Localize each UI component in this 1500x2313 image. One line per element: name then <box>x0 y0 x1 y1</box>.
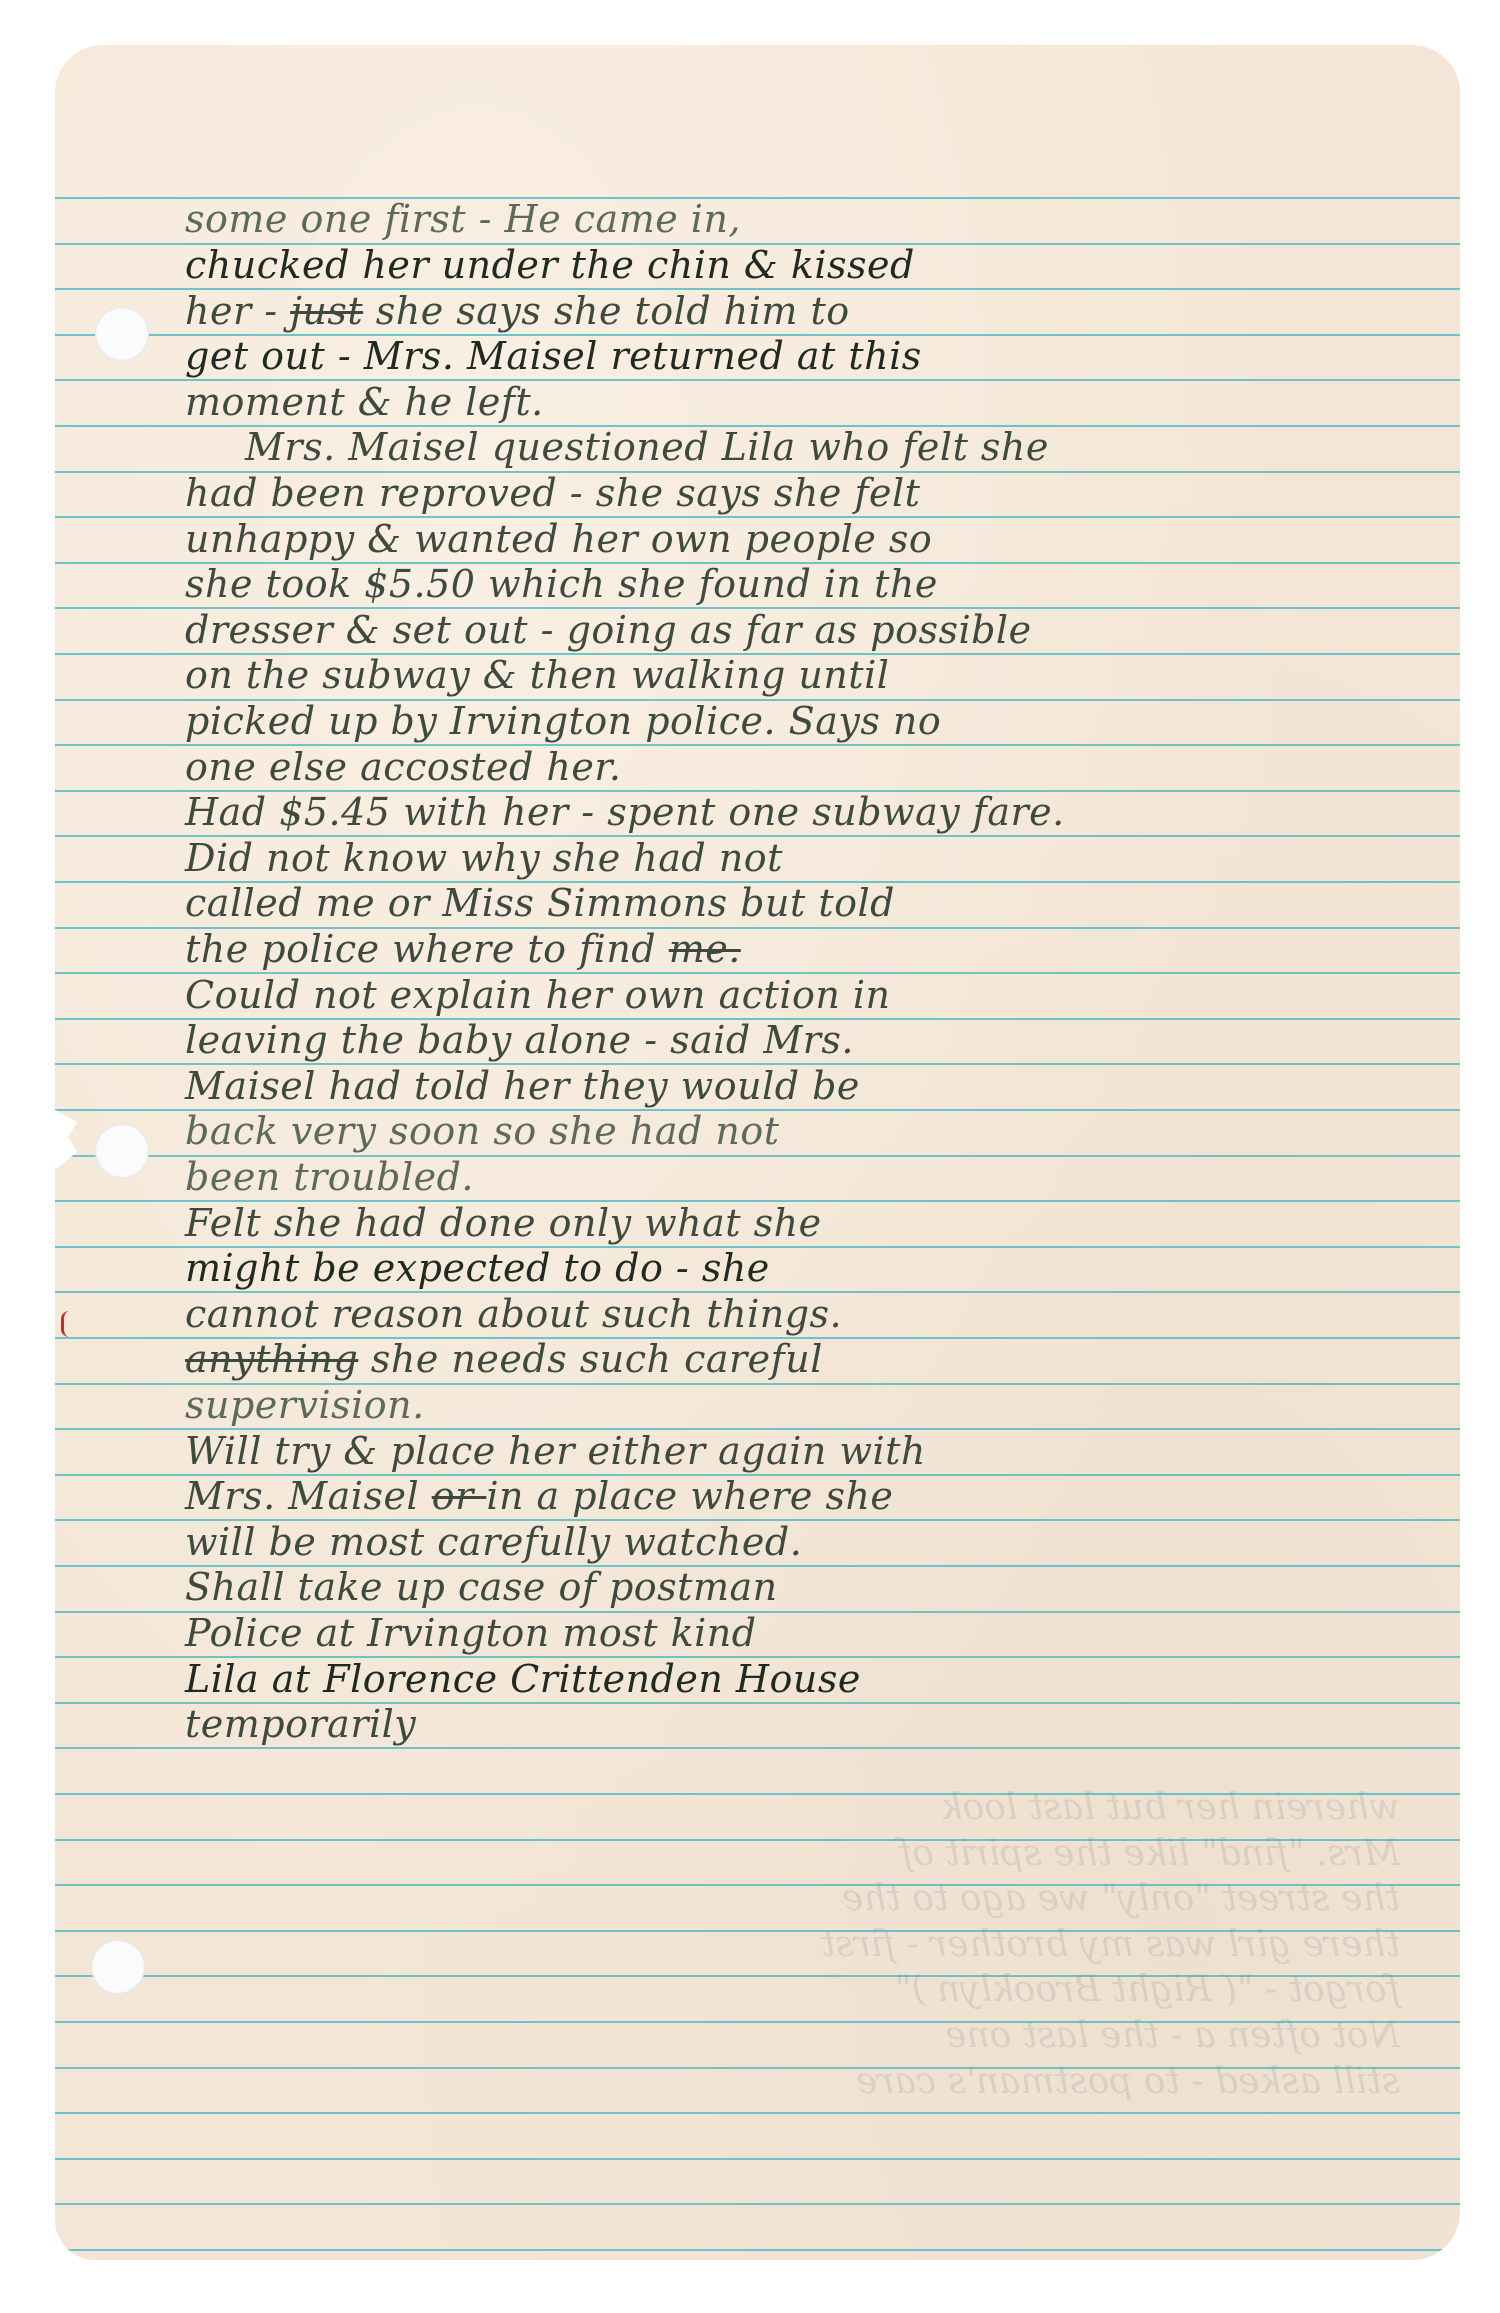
text-line: had been reproved - she says she felt <box>185 473 920 513</box>
struck-word: just <box>290 289 363 333</box>
text-line: been troubled. <box>185 1157 474 1197</box>
text-line: cannot reason about such things. <box>185 1294 842 1334</box>
text-line: called me or Miss Simmons but told <box>185 883 895 923</box>
struck-word: me. <box>669 927 741 971</box>
text-line: unhappy & wanted her own people so <box>185 519 932 559</box>
text-line: on the subway & then walking until <box>185 655 889 695</box>
struck-word: or <box>432 1474 487 1518</box>
text-line: Lila at Florence Crittenden House <box>185 1659 861 1699</box>
reverse-side-bleedthrough: wherein her but last look Mrs. "find" li… <box>185 1785 1400 2104</box>
text-line: get out - Mrs. Maisel returned at this <box>185 336 922 376</box>
text-line: back very soon so she had not <box>185 1111 780 1151</box>
red-margin-mark <box>61 1311 70 1337</box>
text-line: Did not know why she had not <box>185 838 783 878</box>
punch-hole-middle <box>95 1124 149 1178</box>
punch-hole-top <box>95 307 149 361</box>
text-line: Had $5.45 with her - spent one subway fa… <box>185 792 1065 832</box>
text-line: the police where to find me. <box>185 929 741 969</box>
rule-line <box>55 2158 1460 2160</box>
text-line: leaving the baby alone - said Mrs. <box>185 1020 854 1060</box>
text-line: anything she needs such careful <box>185 1339 823 1379</box>
notebook-page: wherein her but last look Mrs. "find" li… <box>55 45 1460 2260</box>
text-line: Felt she had done only what she <box>185 1203 822 1243</box>
text-line: Could not explain her own action in <box>185 975 891 1015</box>
text-line: Mrs. Maisel or in a place where she <box>185 1476 893 1516</box>
text-line: chucked her under the chin & kissed <box>185 245 915 285</box>
text-line: supervision. <box>185 1385 425 1425</box>
text-line: Will try & place her either again with <box>185 1431 926 1471</box>
text-line: her - just she says she told him to <box>185 291 850 331</box>
text-line: Maisel had told her they would be <box>185 1066 860 1106</box>
struck-word: anything <box>185 1337 358 1381</box>
text-line: Mrs. Maisel questioned Lila who felt she <box>245 427 1049 467</box>
text-line: one else accosted her. <box>185 747 621 787</box>
text-line: might be expected to do - she <box>185 1248 770 1288</box>
rule-line <box>55 2203 1460 2205</box>
paper-tear <box>55 1110 77 1170</box>
text-line: she took $5.50 which she found in the <box>185 564 938 604</box>
text-line: temporarily <box>185 1704 416 1744</box>
text-line: Shall take up case of postman <box>185 1567 778 1607</box>
text-line: will be most carefully watched. <box>185 1522 802 1562</box>
text-line: moment & he left. <box>185 382 544 422</box>
text-line: picked up by Irvington police. Says no <box>185 701 941 741</box>
text-line: some one first - He came in, <box>185 199 741 239</box>
text-line: dresser & set out - going as far as poss… <box>185 610 1032 650</box>
text-line: Police at Irvington most kind <box>185 1613 757 1653</box>
punch-hole-bottom <box>91 1940 145 1994</box>
rule-line <box>55 2112 1460 2114</box>
rule-line <box>55 2249 1460 2251</box>
rule-line <box>55 1747 1460 1749</box>
